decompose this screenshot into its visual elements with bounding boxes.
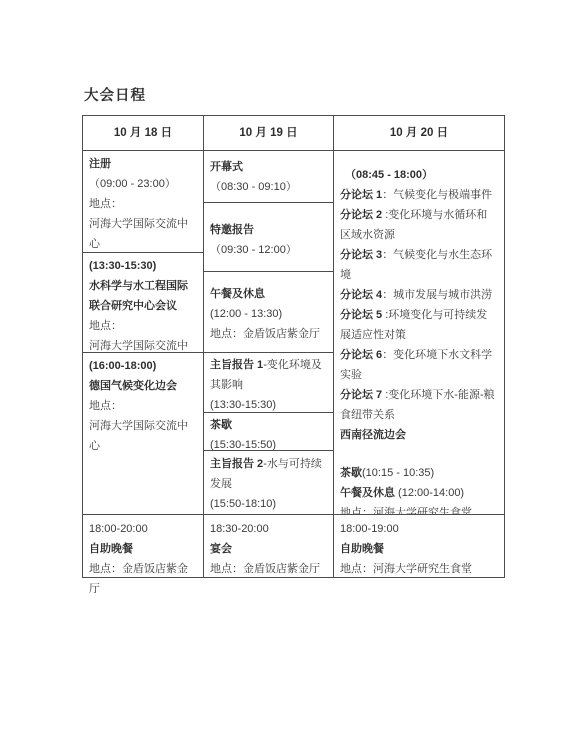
event-time: (13:30-15:30) [210,395,327,413]
forums-time: （08:45 - 18:00） [345,165,498,185]
keynote-label: 主旨报告 1 [210,359,263,371]
header-oct-20: 10 月 20 日 [334,116,504,150]
event-name: 茶歇 [340,467,362,479]
cell-dinner-oct-20: 18:00-19:00 自助晚餐 地点：河海大学研究生食堂 [334,515,504,577]
table-header-row: 10 月 18 日 10 月 19 日 10 月 20 日 [83,116,504,151]
header-oct-19: 10 月 19 日 [204,116,334,150]
event-time: (16:00-18:00) [89,356,197,376]
event-name: 主旨报告 1-变化环境及其影响 [210,355,327,395]
forum-item: 分论坛 4：城市发展与城市洪涝 [340,285,498,305]
event-name: 自助晚餐 [340,539,498,559]
tea-break-1: 茶歇(10:15 - 10:35) [340,463,498,483]
event-time: (12:00-14:00) [395,487,464,499]
event-time: (15:50-18:10) [210,494,327,514]
cell-keynote-1: 主旨报告 1-变化环境及其影响 (13:30-15:30) [204,353,333,413]
place-line: 河海大学国际交流中心 [89,336,197,353]
lunch-break: 午餐及休息 (12:00-14:00) [340,483,498,503]
table-footer-row: 18:00-20:00 自助晚餐 地点：金盾饭店紫金厅 18:30-20:00 … [83,514,504,577]
event-time: （09:00 - 23:00） [89,174,197,194]
event-name: 特邀报告 [210,220,327,240]
event-name: 德国气候变化边会 [89,376,197,396]
event-time: （08:30 - 09:10） [210,177,327,197]
event-name: 宴会 [210,539,327,559]
forum-label: 分论坛 5 [340,309,382,321]
page-title: 大会日程 [84,84,146,105]
event-time: (13:30-15:30) [89,256,197,276]
cell-dinner-oct-18: 18:00-20:00 自助晚餐 地点：金盾饭店紫金厅 [83,515,204,577]
place-line: 地点：河海大学研究生食堂 [340,503,498,514]
forum-item: 分论坛 7 :变化环境下水-能源-粮食纽带关系 [340,385,498,425]
place-line: 地点：金盾饭店紫金厅 [210,559,327,579]
forum-item: 分论坛 6：变化环境下水文科学实验 [340,345,498,385]
document-page: 大会日程 10 月 18 日 10 月 19 日 10 月 20 日 注册 （0… [0,0,586,746]
event-name: 水科学与水工程国际联合研究中心会议 [89,276,197,316]
place-line: 河海大学国际交流中心 [89,416,197,456]
event-name: 主旨报告 2-水与可持续发展 [210,454,327,494]
cell-banquet-oct-19: 18:30-20:00 宴会 地点：金盾饭店紫金厅 [204,515,334,577]
schedule-table: 10 月 18 日 10 月 19 日 10 月 20 日 注册 （09:00 … [82,115,505,578]
event-time: (10:15 - 10:35) [362,467,434,479]
column-oct-19: 开幕式 （08:30 - 09:10） 特邀报告 （09:30 - 12:00）… [204,151,334,514]
forum-label: 分论坛 3 [340,249,382,261]
event-name: 午餐及休息 [210,284,327,304]
column-oct-20: （08:45 - 18:00） 分论坛 1：气候变化与极端事件 分论坛 2 :变… [334,151,504,514]
place-line: 地点：河海大学研究生食堂 [340,559,498,579]
cell-tea-break: 茶歇 (15:30-15:50) [204,413,333,451]
event-name: 开幕式 [210,157,327,177]
cell-side-event: (16:00-18:00) 德国气候变化边会 地点： 河海大学国际交流中心 [83,353,203,514]
place-label: 地点： [89,316,197,336]
event-name: 午餐及休息 [340,487,395,499]
event-time: 18:00-19:00 [340,519,498,539]
cell-keynote-2: 主旨报告 2-水与可持续发展 (15:50-18:10) [204,451,333,514]
event-name: 自助晚餐 [89,539,197,559]
cell-center-meeting: (13:30-15:30) 水科学与水工程国际联合研究中心会议 地点： 河海大学… [83,253,203,353]
header-oct-18: 10 月 18 日 [83,116,204,150]
forum-topic: ：气候变化与极端事件 [382,189,492,201]
place-label: 地点： [89,396,197,416]
table-body: 注册 （09:00 - 23:00） 地点： 河海大学国际交流中心 一楼大厅 (… [83,151,504,514]
event-time: （09:30 - 12:00） [210,240,327,260]
event-time: 18:30-20:00 [210,519,327,539]
column-oct-18: 注册 （09:00 - 23:00） 地点： 河海大学国际交流中心 一楼大厅 (… [83,151,204,514]
side-meeting-name: 西南径流边会 [340,425,498,445]
event-time: (12:00 - 13:30) [210,304,327,324]
forum-label: 分论坛 4 [340,289,382,301]
event-name: 注册 [89,154,197,174]
forum-item: 分论坛 2 :变化环境与水循环和区域水资源 [340,205,498,245]
cell-registration: 注册 （09:00 - 23:00） 地点： 河海大学国际交流中心 一楼大厅 [83,151,203,253]
forum-label: 分论坛 7 [340,389,382,401]
place-line: 地点：金盾饭店紫金厅 [210,324,327,344]
forum-label: 分论坛 2 [340,209,382,221]
keynote-label: 主旨报告 2 [210,458,263,470]
forum-label: 分论坛 1 [340,189,382,201]
event-time: 18:00-20:00 [89,519,197,539]
cell-forums: （08:45 - 18:00） 分论坛 1：气候变化与极端事件 分论坛 2 :变… [334,151,504,514]
event-time: (15:30-15:50) [210,435,327,451]
cell-lunch-break: 午餐及休息 (12:00 - 13:30) 地点：金盾饭店紫金厅 [204,272,333,354]
cell-invited-talks: 特邀报告 （09:30 - 12:00） [204,203,333,272]
forum-item: 分论坛 5 :环境变化与可持续发展适应性对策 [340,305,498,345]
forum-item: 分论坛 1：气候变化与极端事件 [340,185,498,205]
place-line: 河海大学国际交流中心 [89,214,197,253]
event-name: 茶歇 [210,415,327,435]
place-label: 地点： [89,194,197,214]
cell-opening: 开幕式 （08:30 - 09:10） [204,151,333,203]
forum-topic: ：城市发展与城市洪涝 [382,289,492,301]
forum-item: 分论坛 3：气候变化与水生态环境 [340,245,498,285]
place-line: 地点：金盾饭店紫金厅 [89,559,197,599]
forum-label: 分论坛 6 [340,349,382,361]
